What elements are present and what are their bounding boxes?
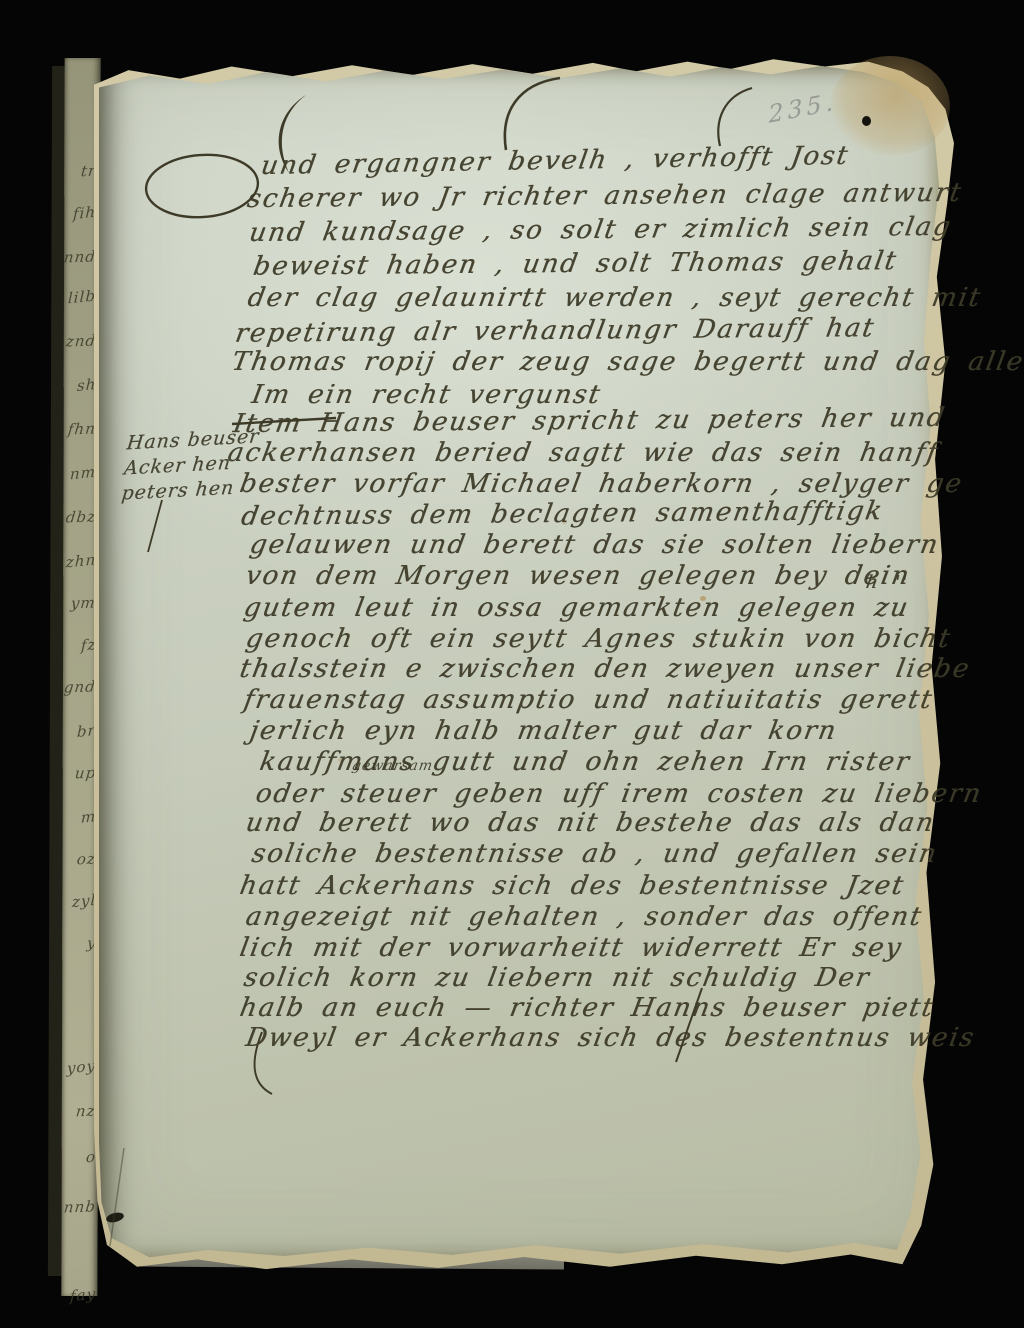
text-line: scherer wo Jr richter ansehen clage antw…	[245, 178, 965, 214]
text-line: Dweyl er Ackerhans sich des bestentnus w…	[243, 1023, 977, 1053]
text-line: angezeigt nit gehalten , sonder das offe…	[243, 902, 925, 932]
text-line: genoch oft ein seytt Agnes stukin von bi…	[243, 624, 953, 654]
text-line: von dem Morgen wesen gelegen bey dein	[243, 561, 913, 591]
text-line: h ''	[863, 568, 911, 598]
text-line: halb an euch — richter Hanns beuser piet…	[237, 993, 937, 1023]
text-line: der clag gelaunirtt werden , seyt gerech…	[245, 283, 984, 313]
text-line: solich korn zu liebern nit schuldig Der	[241, 963, 873, 993]
text-line: Item Hans beuser spricht zu peters her u…	[231, 403, 948, 439]
text-line: ackerhansen beried sagtt wie das sein ha…	[225, 438, 941, 468]
text-line: gelauwen und berett das sie solten liebe…	[247, 530, 941, 560]
text-line: Thomas ropij der zeug sage begertt und d…	[229, 347, 1024, 377]
text-line: gutem leut in ossa gemarkten gelegen zu	[241, 593, 911, 623]
text-line: und kundsage , so solt er zimlich sein c…	[247, 212, 954, 248]
manuscript-text-block: und ergangner bevelh , verhofft Jostsche…	[0, 0, 1024, 1328]
text-line: kauffmans gutt und ohn zehen Irn rister	[257, 747, 913, 777]
text-line: hatt Ackerhans sich des bestentnisse Jze…	[237, 871, 907, 901]
photograph-background: trfihnndlilbzndshfhnnmdbzzhnymfzgndbrupm…	[0, 0, 1024, 1328]
text-line: frauenstag assumptio und natiuitatis ger…	[241, 685, 935, 715]
text-line: dechtnuss dem beclagten samenthafftigk	[239, 496, 886, 532]
text-line: beweist haben , und solt Thomas gehalt	[251, 246, 900, 282]
text-line: und berett wo das nit bestehe das als da…	[243, 808, 937, 838]
text-line: jerlich eyn halb malter gut dar korn	[247, 716, 839, 746]
text-line: bester vorfar Michael haberkorn , selyge…	[237, 469, 965, 499]
text-line: repetirung alr verhandlungr Darauff hat	[233, 313, 877, 349]
text-line: lich mit der vorwarheitt widerrett Er se…	[237, 933, 905, 963]
text-line: und ergangner bevelh , verhofft Jost	[259, 141, 852, 181]
text-line: soliche bestentnisse ab , und gefallen s…	[249, 839, 940, 869]
text-line: oder steuer geben uff irem costen zu lie…	[253, 779, 984, 809]
text-line: thalsstein e zwischen den zweyen unser l…	[237, 654, 973, 684]
